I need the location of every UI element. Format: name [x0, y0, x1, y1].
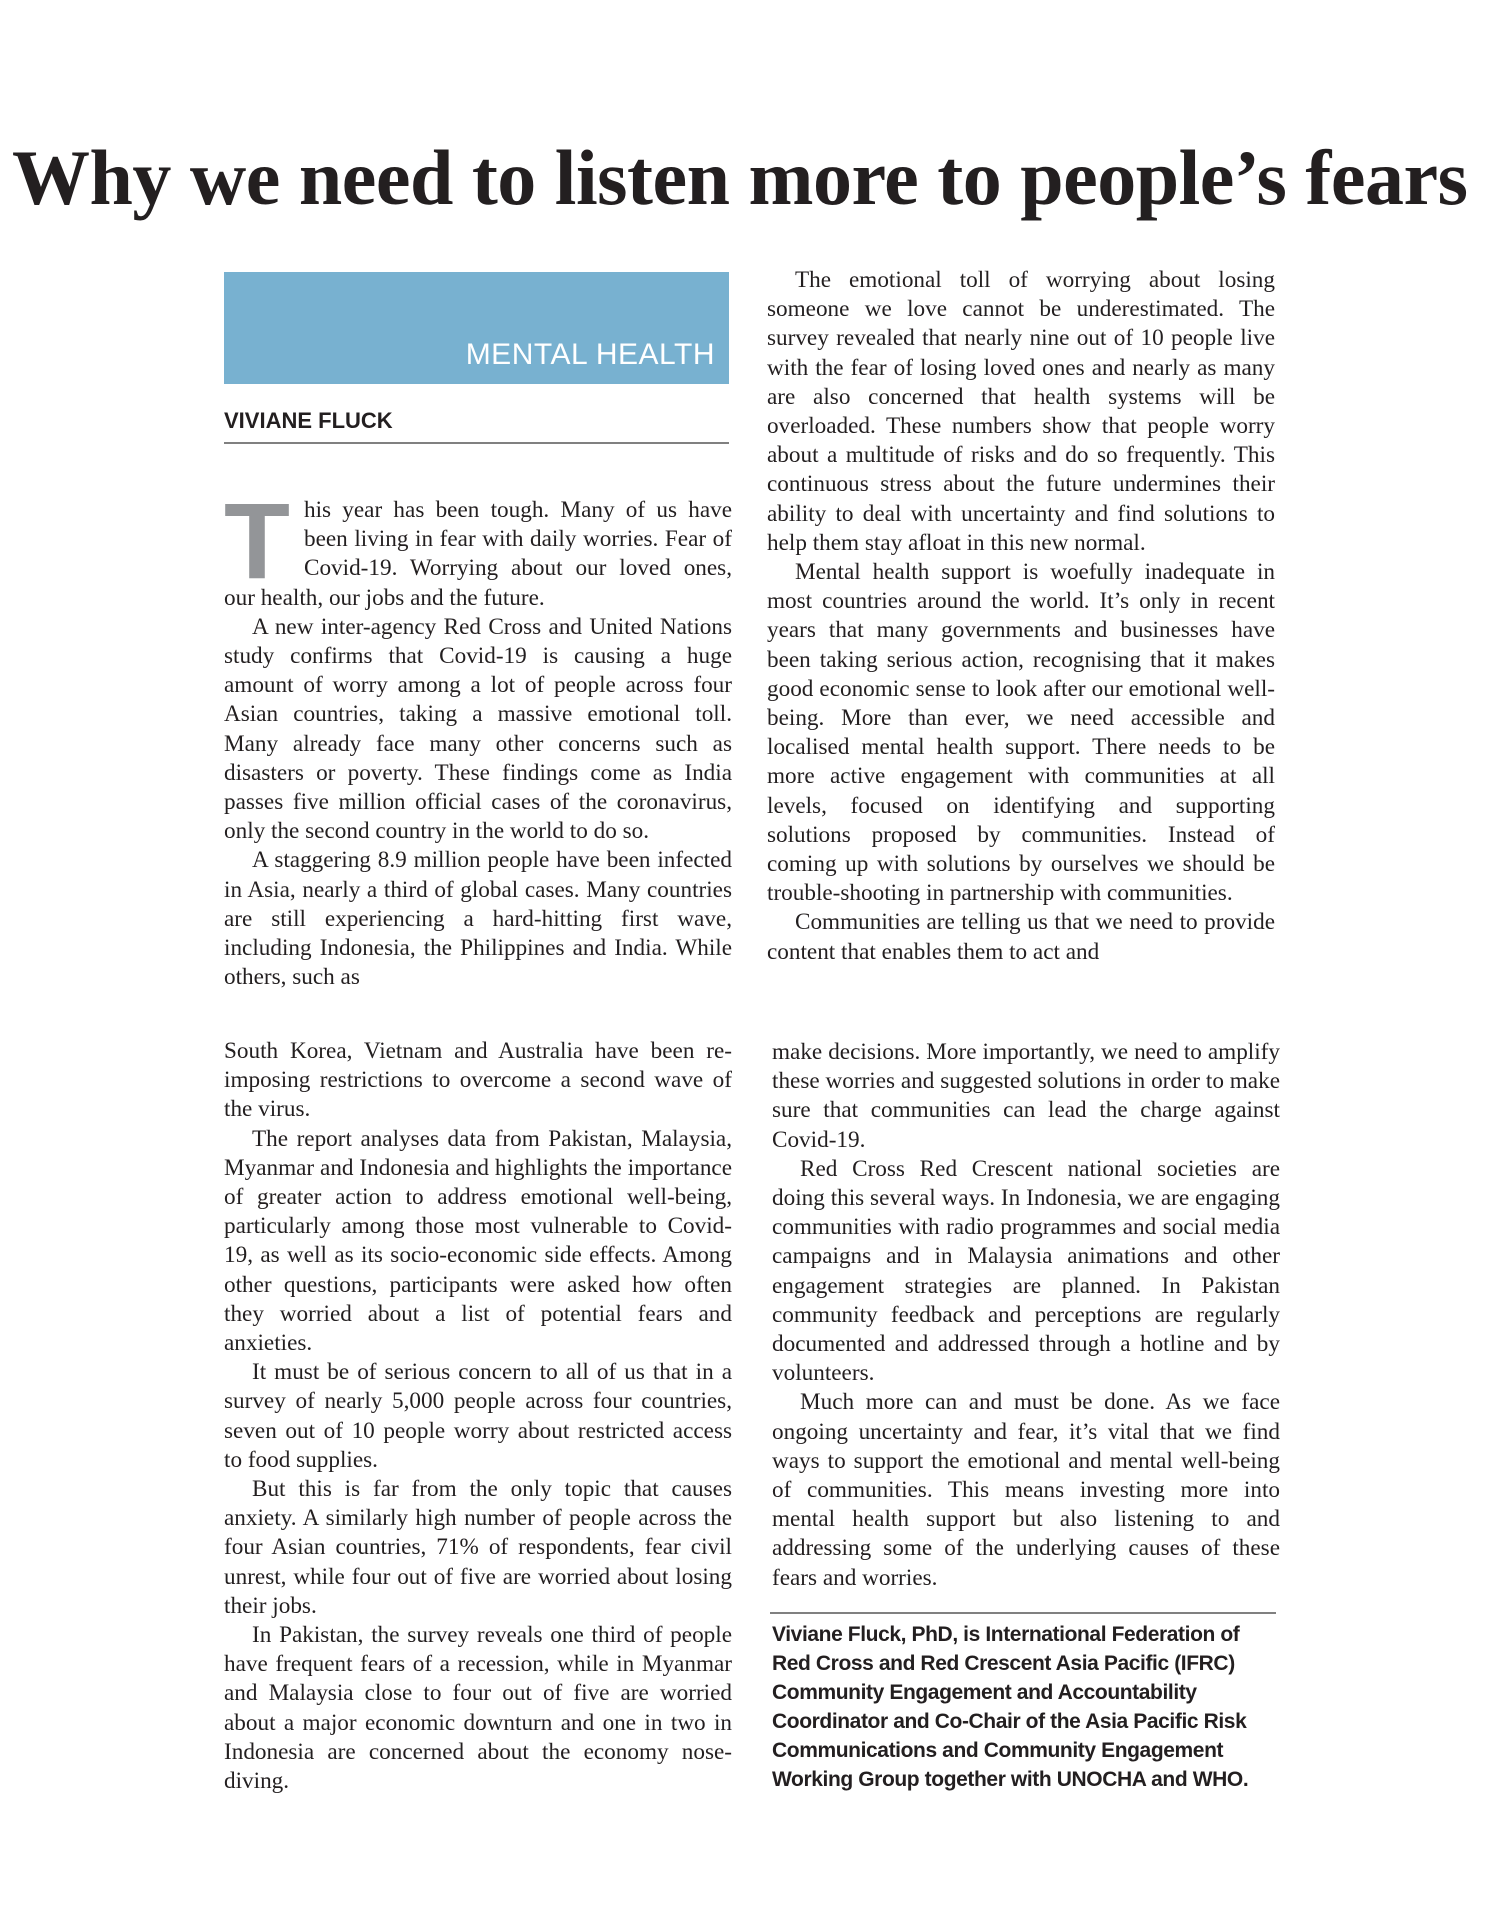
paragraph-7: In Pakistan, the survey reveals one thir…	[224, 1621, 732, 1796]
headline: Why we need to listen more to people’s f…	[12, 133, 1492, 223]
paragraph-11: Red Cross Red Crescent national societie…	[772, 1155, 1280, 1389]
paragraph-9: Mental health support is woefully inadeq…	[767, 558, 1275, 908]
paragraph-4: The report analyses data from Pakistan, …	[224, 1125, 732, 1359]
left-column-block-2: South Korea, Vietnam and Australia have …	[224, 1037, 732, 1796]
byline: VIVIANE FLUCK	[224, 408, 729, 444]
paragraph-6: But this is far from the only topic that…	[224, 1475, 732, 1621]
opening-paragraph: T his year has been tough. Many of us ha…	[224, 496, 732, 613]
paragraph-2: A new inter-agency Red Cross and United …	[224, 613, 732, 847]
paragraph-5: It must be of serious concern to all of …	[224, 1358, 732, 1475]
right-column-block-1: The emotional toll of worrying about los…	[767, 266, 1275, 967]
paragraph-1: his year has been tough. Many of us have…	[224, 496, 732, 613]
paragraph-8: The emotional toll of worrying about los…	[767, 266, 1275, 558]
right-column-block-2: make decisions. More importantly, we nee…	[772, 1038, 1280, 1593]
paragraph-10: Communities are telling us that we need …	[767, 908, 1275, 966]
paragraph-12: Much more can and must be done. As we fa…	[772, 1388, 1280, 1592]
left-column-block-1: T his year has been tough. Many of us ha…	[224, 496, 732, 992]
paragraph-3-continued: South Korea, Vietnam and Australia have …	[224, 1037, 732, 1125]
paragraph-3: A staggering 8.9 million people have bee…	[224, 846, 732, 992]
bio-divider	[770, 1612, 1276, 1614]
author-bio: Viviane Fluck, PhD, is International Fed…	[772, 1620, 1278, 1794]
paragraph-10-continued: make decisions. More importantly, we nee…	[772, 1038, 1280, 1155]
section-label: MENTAL HEALTH	[466, 338, 715, 372]
dropcap: T	[224, 500, 290, 582]
section-banner: MENTAL HEALTH	[224, 272, 729, 384]
